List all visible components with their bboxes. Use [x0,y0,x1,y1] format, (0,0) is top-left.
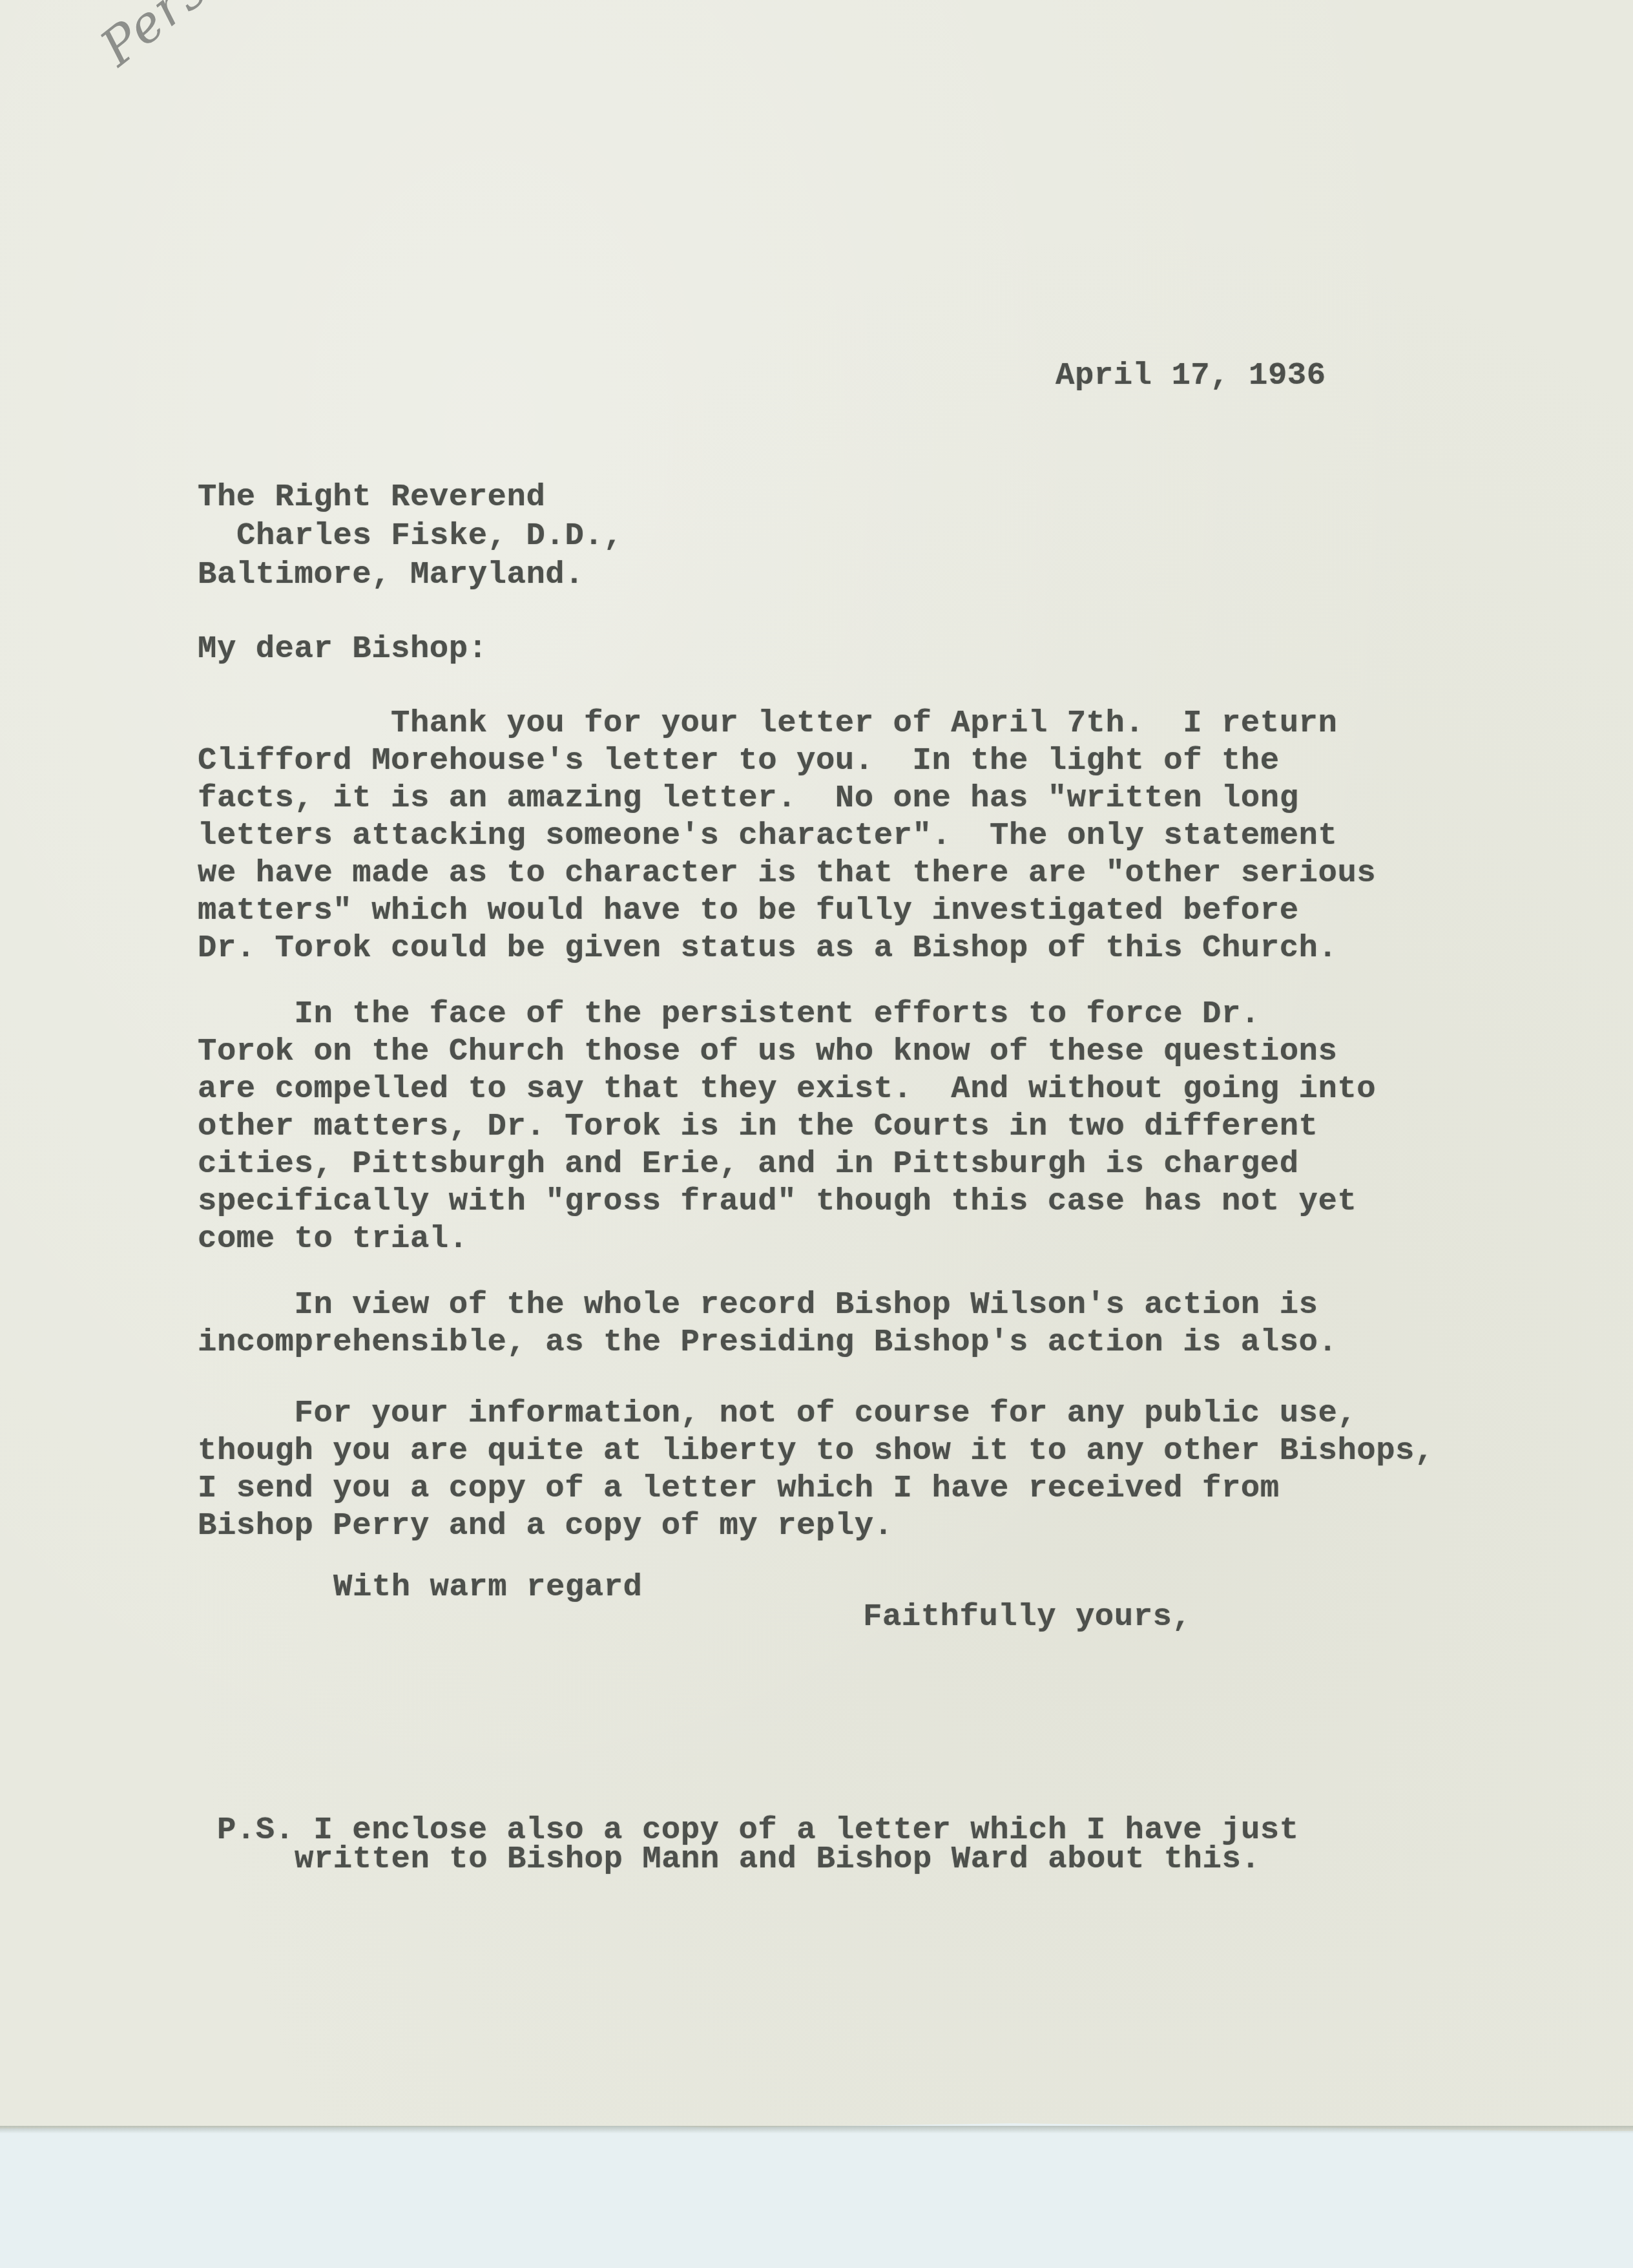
paragraph-2-line: other matters, Dr. Torok is in the Court… [198,1108,1318,1146]
closing-regard: With warm regard [333,1568,642,1606]
paragraph-4-line: For your information, not of course for … [198,1394,1357,1433]
letter-date: April 17, 1936 [1056,357,1326,395]
paragraph-4-line: though you are quite at liberty to show … [198,1432,1434,1470]
salutation: My dear Bishop: [198,630,488,668]
paper-edge-shadow [0,2126,1633,2134]
paragraph-1-line: we have made as to character is that the… [198,854,1376,892]
recipient-title: The Right Reverend [198,478,545,516]
paragraph-1-line: matters" which would have to be fully in… [198,892,1299,930]
paragraph-2-line: are compelled to say that they exist. An… [198,1070,1376,1108]
paragraph-2-line: come to trial. [198,1220,468,1258]
paragraph-1-line: Clifford Morehouse's letter to you. In t… [198,742,1280,780]
paragraph-2-line: Torok on the Church those of us who know… [198,1033,1337,1071]
recipient-location: Baltimore, Maryland. [198,556,584,594]
closing-valediction: Faithfully yours, [863,1598,1191,1636]
postscript-line-2: written to Bishop Mann and Bishop Ward a… [295,1840,1260,1878]
paragraph-4-line: I send you a copy of a letter which I ha… [198,1469,1280,1507]
paragraph-2-line: cities, Pittsburgh and Erie, and in Pitt… [198,1145,1299,1183]
paragraph-1-line: Thank you for your letter of April 7th. … [198,704,1337,742]
paragraph-2-line: specifically with "gross fraud" though t… [198,1182,1357,1221]
paragraph-2-line: In the face of the persistent efforts to… [198,995,1260,1033]
paragraph-3-line: In view of the whole record Bishop Wilso… [198,1286,1318,1324]
paragraph-1-line: facts, it is an amazing letter. No one h… [198,779,1299,817]
paragraph-1-line: letters attacking someone's character". … [198,817,1337,855]
recipient-name: Charles Fiske, D.D., [236,517,623,555]
paragraph-1-line: Dr. Torok could be given status as a Bis… [198,929,1337,967]
paragraph-3-line: incomprehensible, as the Presiding Bisho… [198,1323,1337,1361]
paragraph-4-line: Bishop Perry and a copy of my reply. [198,1507,893,1545]
